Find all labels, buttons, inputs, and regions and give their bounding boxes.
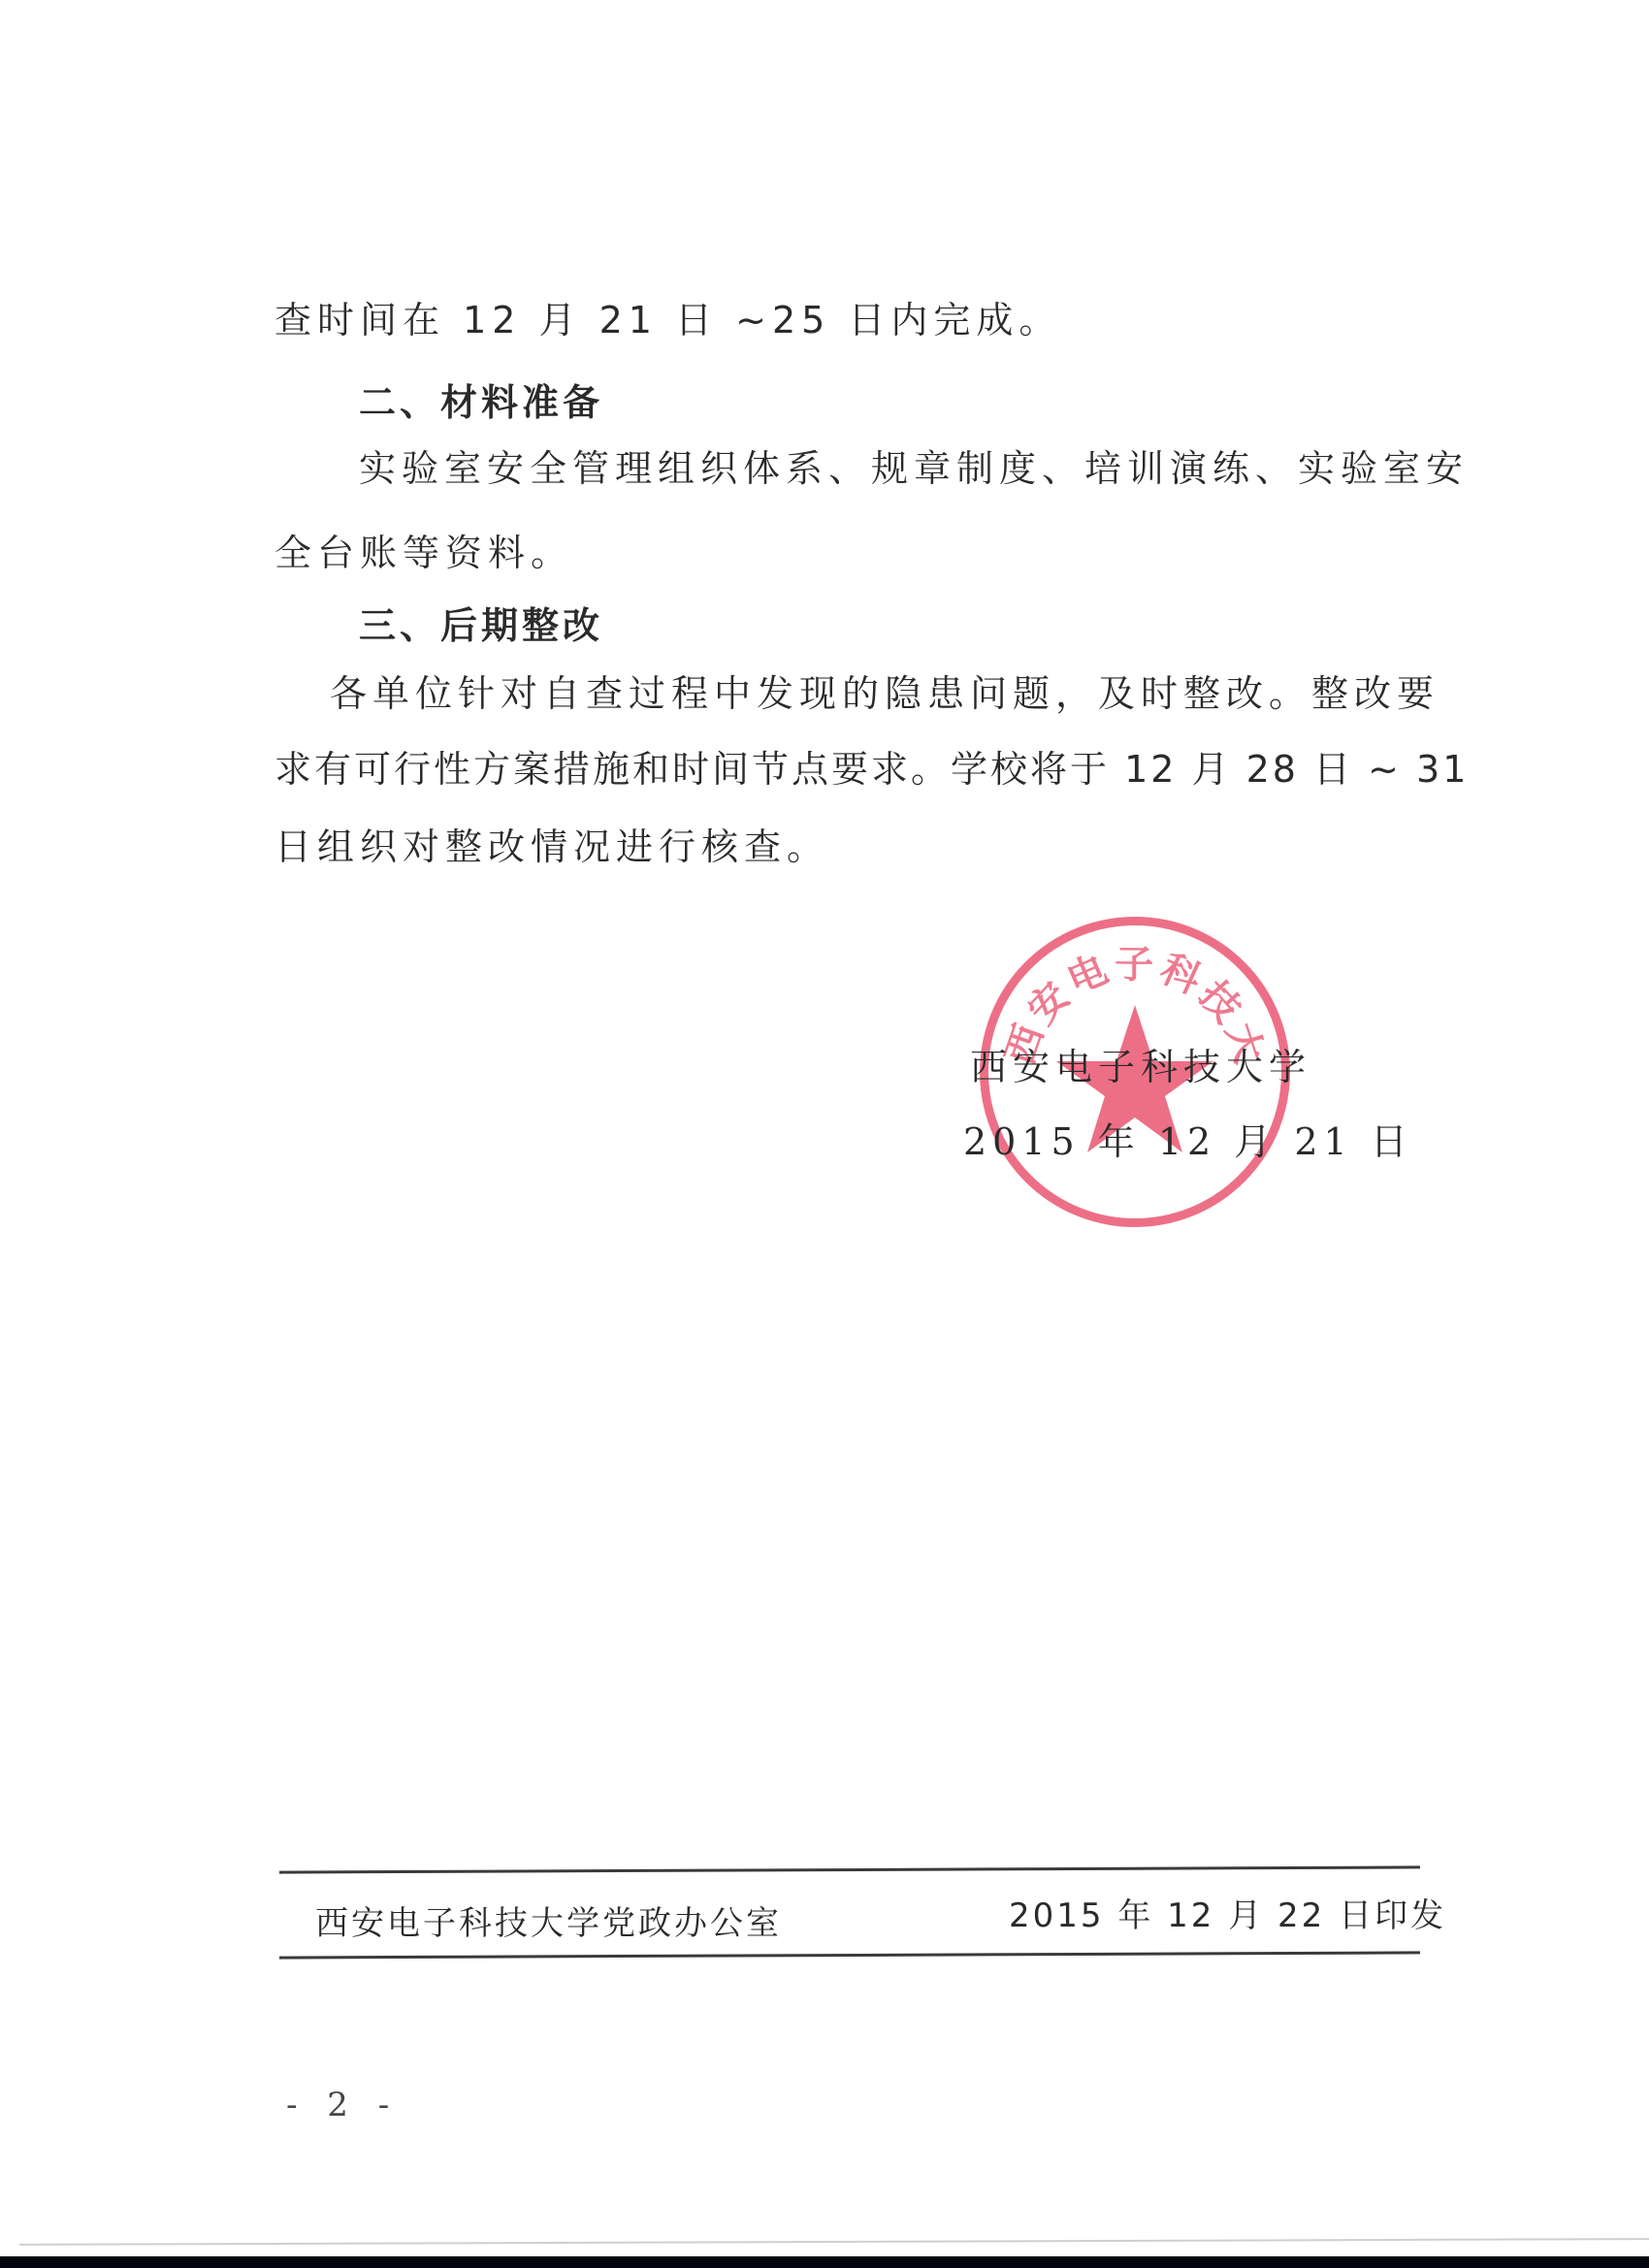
footer-issuer: 西安电子科技大学党政办公室 (315, 1896, 782, 1944)
page-number: - 2 - (286, 2086, 399, 2124)
scan-bottom-border (0, 2256, 1649, 2268)
signature-organization: 西安电子科技大学 (970, 1043, 1311, 1091)
section-heading-materials: 二、材料准备 (359, 378, 603, 427)
section-heading-rectification: 三、后期整改 (359, 601, 603, 650)
body-line-2: 实验室安全管理组织体系、规章制度、培训演练、实验室安 (359, 444, 1469, 493)
footer-issue-date: 2015 年 12 月 22 日印发 (1009, 1889, 1446, 1936)
body-line-1: 查时间在 12 月 21 日 ~25 日内完成。 (275, 296, 1061, 344)
footer-top-rule (279, 1865, 1420, 1873)
footer-bottom-rule (279, 1951, 1420, 1959)
body-line-6: 日组织对整改情况进行核查。 (275, 823, 829, 871)
scan-edge-line (19, 2238, 1649, 2246)
signature-date: 2015 年 12 月 21 日 (963, 1118, 1413, 1166)
body-line-5: 求有可行性方案措施和时间节点要求。学校将于 12 月 28 日 ~ 31 (275, 745, 1469, 794)
body-line-3: 全台账等资料。 (275, 529, 573, 577)
body-line-4: 各单位针对自查过程中发现的隐患问题，及时整改。整改要 (330, 669, 1439, 718)
